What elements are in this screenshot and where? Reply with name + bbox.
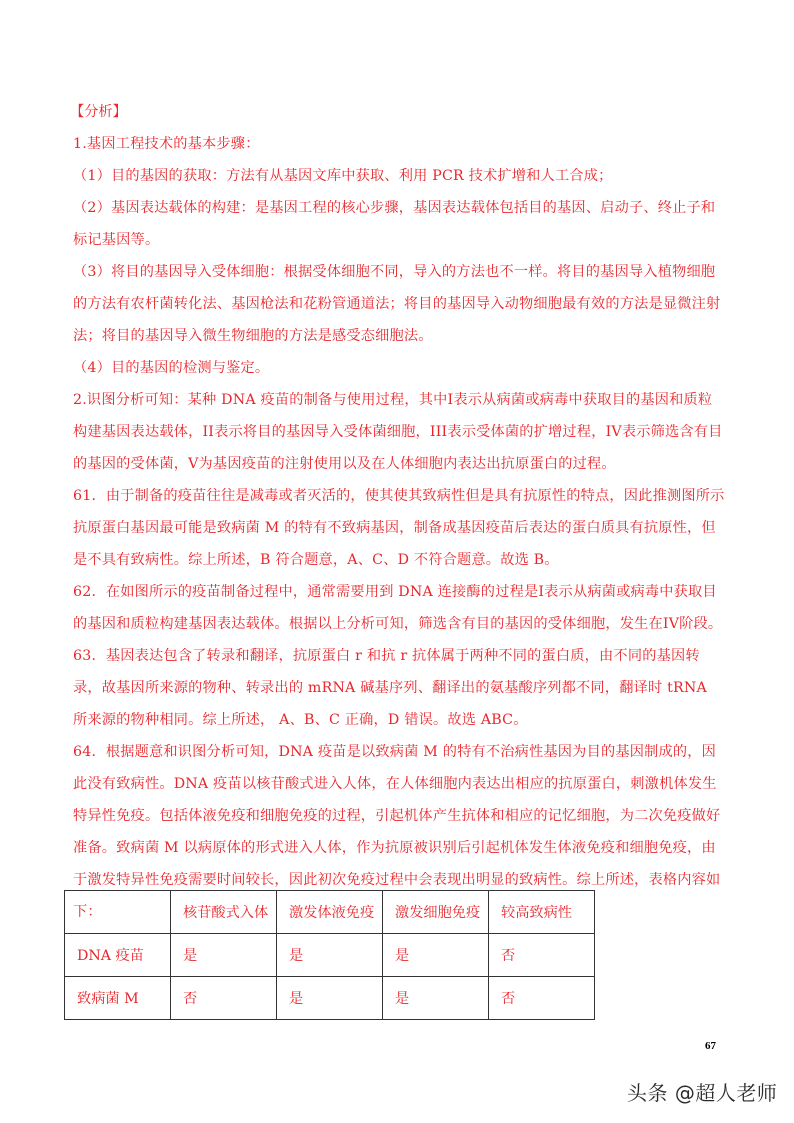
table-row-label: 致病菌 M — [65, 977, 171, 1020]
table-cell: 否 — [489, 977, 595, 1020]
table-cell: 否 — [489, 934, 595, 977]
table-header-cell: 激发细胞免疫 — [383, 891, 489, 934]
table-cell: 是 — [277, 977, 383, 1020]
comparison-table: 核苷酸式入体 激发体液免疫 激发细胞免疫 较高致病性 DNA 疫苗 是 是 是 … — [64, 890, 595, 1020]
table-cell: 否 — [171, 977, 277, 1020]
paragraph-step-3: （3）将目的基因导入受体细胞：根据受体细胞不同，导入的方法也不一样。将目的基因导… — [73, 256, 725, 352]
watermark: 头条 @超人老师 — [627, 1077, 777, 1106]
table-row: DNA 疫苗 是 是 是 否 — [65, 934, 595, 977]
table-header-cell — [65, 891, 171, 934]
table-header-cell: 激发体液免疫 — [277, 891, 383, 934]
table-header-row: 核苷酸式入体 激发体液免疫 激发细胞免疫 较高致病性 — [65, 891, 595, 934]
document-page: 【分析】 1.基因工程技术的基本步骤： （1）目的基因的获取：方法有从基因文库中… — [0, 0, 794, 1123]
paragraph-step-1: （1）目的基因的获取：方法有从基因文库中获取、利用 PCR 技术扩增和人工合成； — [73, 160, 725, 192]
table-cell: 是 — [383, 934, 489, 977]
table-cell: 是 — [171, 934, 277, 977]
paragraph-step-4: （4）目的基因的检测与鉴定。 — [73, 352, 725, 384]
paragraph-answer-62: 62．在如图所示的疫苗制备过程中，通常需要用到 DNA 连接酶的过程是I表示从病… — [73, 576, 725, 640]
table-row-label: DNA 疫苗 — [65, 934, 171, 977]
paragraph-answer-63: 63．基因表达包含了转录和翻译，抗原蛋白 r 和抗 r 抗体属于两种不同的蛋白质… — [73, 640, 725, 736]
section-heading: 【分析】 — [70, 96, 127, 128]
table-header-cell: 较高致病性 — [489, 891, 595, 934]
table-cell: 是 — [277, 934, 383, 977]
paragraph-diagram-analysis: 2.识图分析可知：某种 DNA 疫苗的制备与使用过程，其中I表示从病菌或病毒中获… — [73, 384, 725, 480]
table-header-cell: 核苷酸式入体 — [171, 891, 277, 934]
table-cell: 是 — [383, 977, 489, 1020]
paragraph-answer-61: 61．由于制备的疫苗往往是减毒或者灭活的，使其使其致病性但是具有抗原性的特点，因… — [73, 480, 725, 576]
table-row: 致病菌 M 否 是 是 否 — [65, 977, 595, 1020]
paragraph-step-2: （2）基因表达载体的构建：是基因工程的核心步骤，基因表达载体包括目的基因、启动子… — [73, 192, 725, 256]
page-number: 67 — [705, 1040, 716, 1052]
paragraph-step-intro: 1.基因工程技术的基本步骤： — [73, 128, 725, 160]
